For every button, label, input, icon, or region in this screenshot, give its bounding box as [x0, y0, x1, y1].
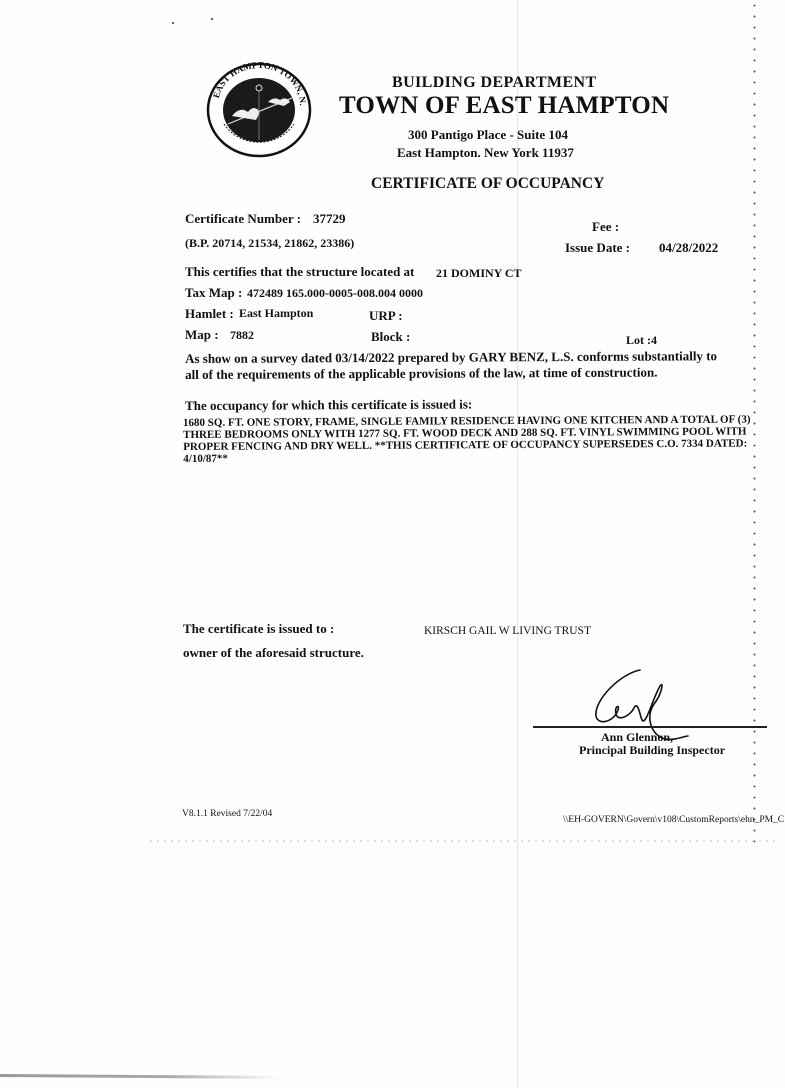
- urp-label: URP :: [369, 308, 403, 324]
- lot-label: Lot :: [626, 333, 651, 347]
- issued-to-label: The certificate is issued to :: [183, 621, 334, 637]
- address-line-2: East Hampton. New York 11937: [397, 145, 574, 161]
- map-label: Map :: [185, 327, 219, 343]
- certificate-number-label: Certificate Number :: [185, 211, 301, 227]
- document-title: CERTIFICATE OF OCCUPANCY: [371, 175, 604, 193]
- scan-artifacts: [150, 840, 780, 842]
- inspector-title: Principal Building Inspector: [579, 743, 725, 758]
- address-line-1: 300 Pantigo Place - Suite 104: [408, 127, 568, 143]
- hamlet-value: East Hampton: [239, 306, 313, 321]
- issue-date-value: 04/28/2022: [659, 240, 718, 256]
- town-heading: TOWN OF EAST HAMPTON: [339, 92, 669, 120]
- owner-line: owner of the aforesaid structure.: [183, 645, 364, 661]
- speck: [172, 22, 174, 24]
- location-value: 21 DOMINY CT: [436, 266, 522, 281]
- town-seal-icon: EAST HAMPTON TOWN, N.Y.: [206, 62, 312, 158]
- page-edge-shadow: [0, 1074, 280, 1079]
- location-label: This certifies that the structure locate…: [185, 264, 414, 280]
- speck: [211, 18, 213, 20]
- department-heading: BUILDING DEPARTMENT: [392, 74, 597, 92]
- occupancy-heading: The occupancy for which this certificate…: [185, 396, 472, 414]
- lot-field: Lot :4: [626, 333, 657, 348]
- survey-line-2: all of the requirements of the applicabl…: [185, 364, 717, 383]
- issue-date-label: Issue Date :: [565, 240, 630, 256]
- block-label: Block :: [371, 329, 410, 345]
- report-path: \\EH-GOVERN\Govern\v108\CustomReports\eh…: [563, 815, 784, 825]
- map-value: 7882: [230, 328, 254, 343]
- signature-line: [533, 726, 767, 728]
- survey-statement: As show on a survey dated 03/14/2022 pre…: [185, 348, 717, 383]
- occupancy-description: 1680 SQ. FT. ONE STORY, FRAME, SINGLE FA…: [183, 413, 763, 465]
- building-permits: (B.P. 20714, 21534, 21862, 23386): [185, 236, 354, 251]
- tax-map-value: 472489 165.000-0005-008.004 0000: [247, 286, 423, 301]
- hamlet-label: Hamlet :: [185, 306, 234, 322]
- form-version: V8.1.1 Revised 7/22/04: [182, 809, 272, 819]
- fee-label: Fee :: [592, 219, 619, 235]
- scan-fold-line: [517, 0, 518, 1088]
- signature-icon: [580, 660, 690, 740]
- issued-to-value: KIRSCH GAIL W LIVING TRUST: [424, 625, 591, 637]
- tax-map-label: Tax Map :: [185, 285, 242, 301]
- lot-value: 4: [651, 333, 657, 347]
- certificate-number-value: 37729: [313, 211, 346, 227]
